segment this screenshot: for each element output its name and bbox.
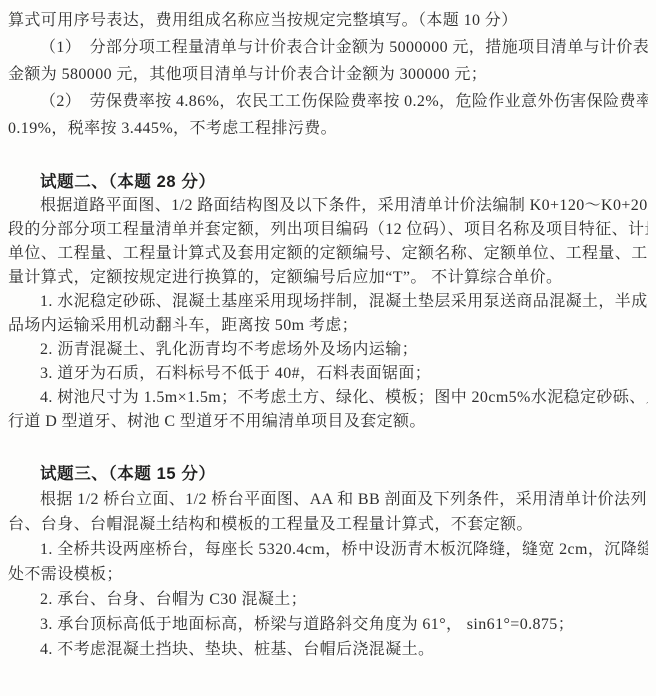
list-item-line: 1. 全桥共设两座桥台，每座长 5320.4cm，桥中设沥青木板沉降缝，缝宽 2… [8,537,648,562]
list-item-line: 4. 树池尺寸为 1.5m×1.5m；不考虑土方、绿化、模板；图中 20cm5%… [8,386,648,410]
list-item-line: 2. 沥青混凝土、乳化沥青均不考虑场外及场内运输； [8,338,648,362]
text-line: 根据道路平面图、1/2 路面结构图及以下条件，采用清单计价法编制 K0+120～… [8,194,648,218]
text-line: 品场内运输采用机动翻斗车，距离按 50m 考虑； [8,314,648,338]
list-item-line: 2. 承台、台身、台帽为 C30 混凝土； [8,587,648,612]
list-item-line: 1. 水泥稳定砂砾、混凝土基座采用现场拌制，混凝土垫层采用泵送商品混凝土，半成 [8,290,648,314]
section-question1-continuation: 算式可用序号表达，费用组成名称应当按规定完整填写。（本题 10 分） （1） 分… [8,7,648,142]
text-line: 算式可用序号表达，费用组成名称应当按规定完整填写。（本题 10 分） [8,7,648,34]
question3-heading: 试题三、（本题 15 分） [8,462,648,487]
text-line: （1） 分部分项工程量清单与计价表合计金额为 5000000 元，措施项目清单与… [8,34,648,61]
document-page: 算式可用序号表达，费用组成名称应当按规定完整填写。（本题 10 分） （1） 分… [0,0,656,696]
text-line: 单位、工程量、工程量计算式及套用定额的定额编号、定额名称、定额单位、工程量、工程 [8,242,648,266]
list-item-line: 4. 不考虑混凝土挡块、垫块、桩基、台帽后浇混凝土。 [8,637,648,662]
text-line: 段的分部分项工程量清单并套定额，列出项目编码（12 位码）、项目名称及项目特征、… [8,218,648,242]
text-line: 台、台身、台帽混凝土结构和模板的工程量及工程量计算式，不套定额。 [8,512,648,537]
list-item-line: 3. 道牙为石质，石料标号不低于 40#，石料表面锯面； [8,362,648,386]
section-question3: 试题三、（本题 15 分） 根据 1/2 桥台立面、1/2 桥台平面图、AA 和… [8,462,648,662]
list-item-line: 3. 承台顶标高低于地面标高，桥梁与道路斜交角度为 61°， sin61°=0.… [8,612,648,637]
section-question2: 试题二、（本题 28 分） 根据道路平面图、1/2 路面结构图及以下条件，采用清… [8,170,648,434]
text-line: 处不需设模板； [8,562,648,587]
text-line: 行道 D 型道牙、树池 C 型道牙不用编清单项目及套定额。 [8,410,648,434]
text-line: 根据 1/2 桥台立面、1/2 桥台平面图、AA 和 BB 剖面及下列条件，采用… [8,487,648,512]
text-line: 量计算式，定额按规定进行换算的，定额编号后应加“T”。 不计算综合单价。 [8,266,648,290]
text-line: （2） 劳保费率按 4.86%，农民工工伤保险费率按 0.2%，危险作业意外伤害… [8,88,648,115]
text-line: 0.19%，税率按 3.445%，不考虑工程排污费。 [8,115,648,142]
question2-heading: 试题二、（本题 28 分） [8,170,648,194]
text-line: 金额为 580000 元，其他项目清单与计价表合计金额为 300000 元； [8,61,648,88]
